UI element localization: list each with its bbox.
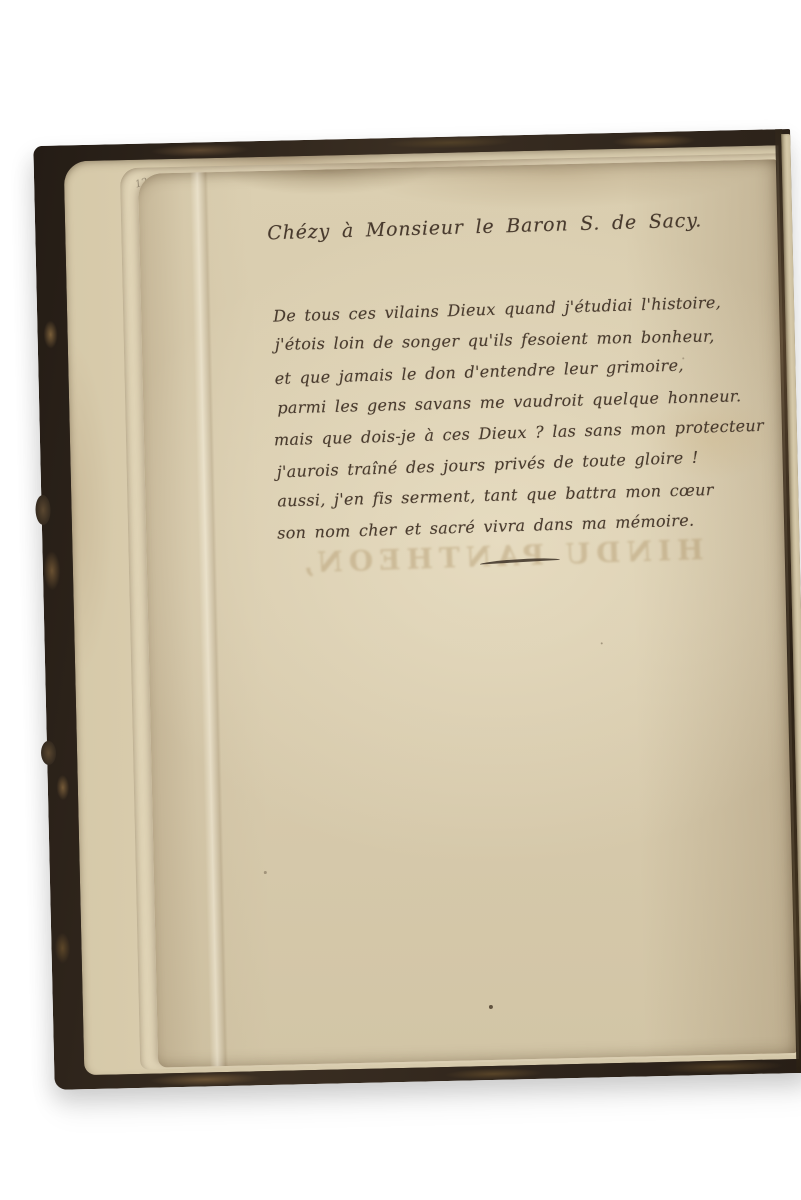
inscription-poem: De tous ces vilains Dieux quand j'étudia… bbox=[273, 289, 729, 547]
manuscript-page: HINDU PANTHEON, Chézy à Monsieur le Baro… bbox=[138, 159, 797, 1067]
paper-speck bbox=[264, 871, 267, 874]
page-fold-ridge bbox=[190, 172, 228, 1066]
paper-speck bbox=[682, 357, 684, 359]
paper-speck bbox=[489, 1005, 493, 1009]
photo-background: 12. HINDU PANTHEON, Chézy à Monsieur le … bbox=[0, 0, 801, 1200]
book: 12. HINDU PANTHEON, Chézy à Monsieur le … bbox=[33, 129, 801, 1090]
inscription-heading: Chézy à Monsieur le Baron S. de Sacy. bbox=[267, 210, 697, 245]
spine-band bbox=[41, 740, 57, 764]
paper-speck bbox=[601, 642, 603, 644]
